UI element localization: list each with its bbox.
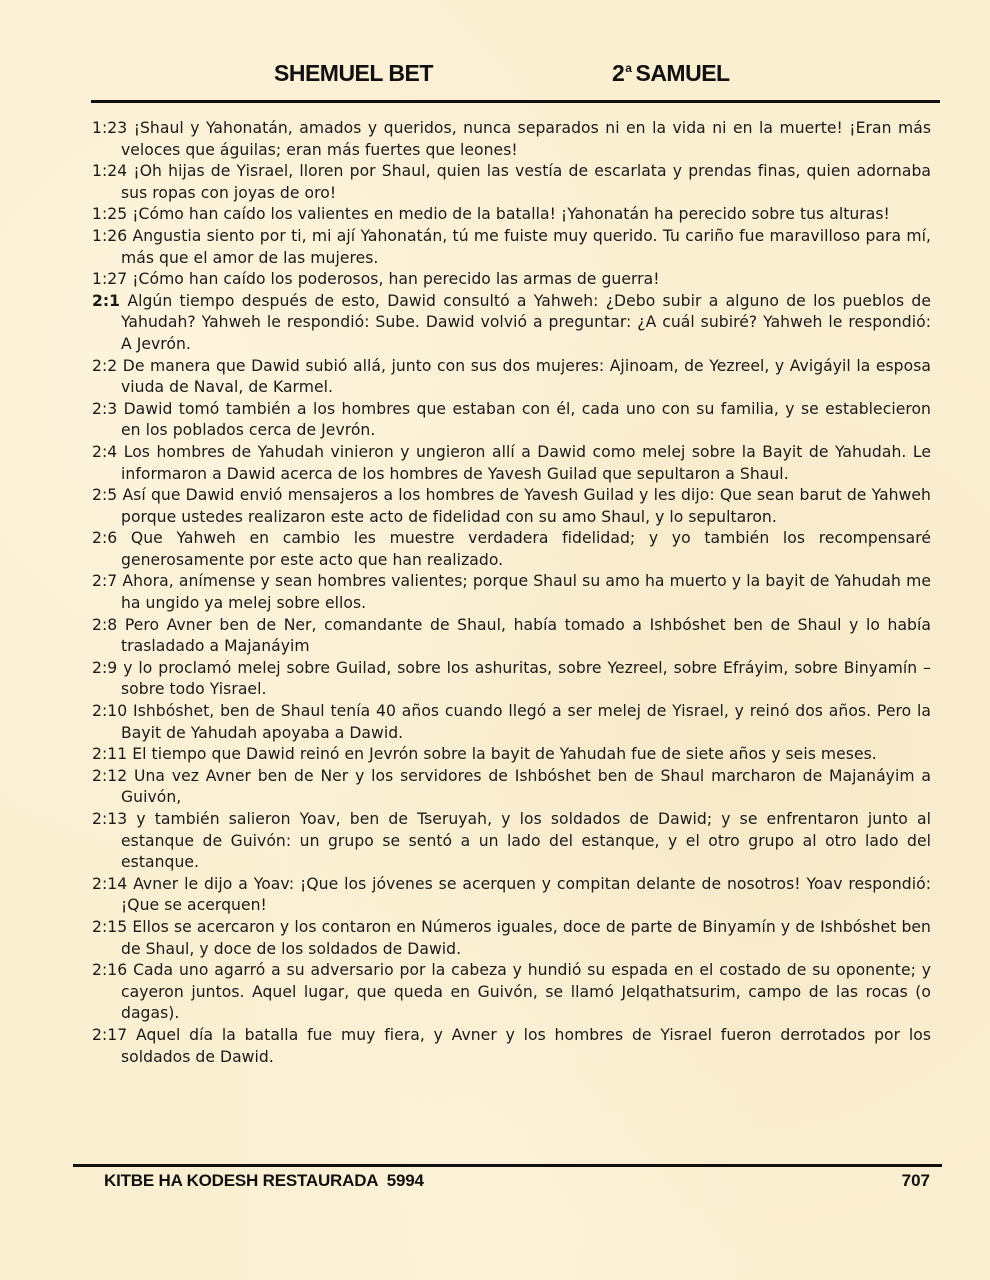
verse-text: ¡Cómo han caído los poderosos, han perec… [132,270,659,288]
page-footer: KITBE HA KODESH RESTAURADA 5994 707 [0,1170,990,1196]
verse-ref: 2:15 [92,918,127,936]
verse-ref: 2:13 [92,810,127,828]
verse-text: Algún tiempo después de esto, Dawid cons… [121,292,931,353]
verse: 2:14 Avner le dijo a Yoav: ¡Que los jóve… [92,874,931,917]
ordinal-superscript: a [625,61,631,75]
verse-text: y también salieron Yoav, ben de Tseruyah… [121,810,931,871]
verse: 2:5 Así que Dawid envió mensajeros a los… [92,485,931,528]
verse: 2:7 Ahora, anímense y sean hombres valie… [92,571,931,614]
verse-ref: 2:7 [92,572,117,590]
book-name: SAMUEL [635,60,729,86]
verse-ref: 1:23 [92,119,127,137]
verse-ref: 2:16 [92,961,127,979]
footer-divider [73,1164,942,1167]
verse-ref: 2:3 [92,400,117,418]
chapter-start-verse: 2:1 Algún tiempo después de esto, Dawid … [92,291,931,356]
verse-text: Una vez Avner ben de Ner y los servidore… [121,767,931,807]
verse-ref: 2:1 [92,292,120,310]
verse: 1:24 ¡Oh hijas de Yisrael, lloren por Sh… [92,161,931,204]
verse: 2:15 Ellos se acercaron y los contaron e… [92,917,931,960]
verse-ref: 2:14 [92,875,127,893]
verse-text: Así que Dawid envió mensajeros a los hom… [121,486,931,526]
verse: 2:13 y también salieron Yoav, ben de Tse… [92,809,931,874]
verse-text: ¡Shaul y Yahonatán, amados y queridos, n… [121,119,931,159]
verse-ref: 1:24 [92,162,127,180]
verse-ref: 1:27 [92,270,127,288]
book-title-spanish: 2aSAMUEL [612,60,730,87]
verse-ref: 2:8 [92,616,117,634]
verse-text: Dawid tomó también a los hombres que est… [121,400,931,440]
verse: 2:16 Cada uno agarró a su adversario por… [92,960,931,1025]
header-divider [91,100,940,103]
verse-ref: 2:12 [92,767,127,785]
verse-ref: 2:5 [92,486,117,504]
verse-text: El tiempo que Dawid reinó en Jevrón sobr… [132,745,877,763]
verse: 1:27 ¡Cómo han caído los poderosos, han … [92,269,931,291]
verse: 1:25 ¡Cómo han caído los valientes en me… [92,204,931,226]
verse-text: Ishbóshet, ben de Shaul tenía 40 años cu… [121,702,931,742]
verse: 2:4 Los hombres de Yahudah vinieron y un… [92,442,931,485]
verse: 2:17 Aquel día la batalla fue muy fiera,… [92,1025,931,1068]
verse-ref: 2:9 [92,659,117,677]
book-number: 2 [612,60,624,86]
verse-text: Que Yahweh en cambio les muestre verdade… [121,529,931,569]
verse-text: Angustia siento por ti, mi ají Yahonatán… [121,227,931,267]
verse-text: Aquel día la batalla fue muy fiera, y Av… [121,1026,931,1066]
edition-title: KITBE HA KODESH RESTAURADA 5994 [104,1171,424,1191]
verse: 1:26 Angustia siento por ti, mi ají Yaho… [92,226,931,269]
book-title-hebrew: SHEMUEL BET [274,60,433,87]
verse-ref: 2:6 [92,529,117,547]
verse-ref: 1:25 [92,205,127,223]
verse-text: Avner le dijo a Yoav: ¡Que los jóvenes s… [121,875,931,915]
verse-ref: 2:4 [92,443,117,461]
verse: 1:23 ¡Shaul y Yahonatán, amados y querid… [92,118,931,161]
verse-ref: 2:10 [92,702,127,720]
verse-ref: 1:26 [92,227,127,245]
verse-text: ¡Cómo han caído los valientes en medio d… [132,205,890,223]
verse: 2:9 y lo proclamó melej sobre Guilad, so… [92,658,931,701]
verse-text: y lo proclamó melej sobre Guilad, sobre … [121,659,931,699]
verse-ref: 2:11 [92,745,127,763]
scripture-text: 1:23 ¡Shaul y Yahonatán, amados y querid… [92,118,931,1068]
verse: 2:10 Ishbóshet, ben de Shaul tenía 40 añ… [92,701,931,744]
verse-text: ¡Oh hijas de Yisrael, lloren por Shaul, … [121,162,931,202]
verse: 2:12 Una vez Avner ben de Ner y los serv… [92,766,931,809]
verse-ref: 2:2 [92,357,117,375]
verse-text: Los hombres de Yahudah vinieron y ungier… [121,443,931,483]
verse: 2:11 El tiempo que Dawid reinó en Jevrón… [92,744,931,766]
verse: 2:6 Que Yahweh en cambio les muestre ver… [92,528,931,571]
verse: 2:3 Dawid tomó también a los hombres que… [92,399,931,442]
verse-text: Cada uno agarró a su adversario por la c… [121,961,931,1022]
page-number: 707 [902,1171,930,1191]
verse: 2:2 De manera que Dawid subió allá, junt… [92,356,931,399]
verse-ref: 2:17 [92,1026,127,1044]
verse-text: De manera que Dawid subió allá, junto co… [121,357,931,397]
page-header: SHEMUEL BET 2aSAMUEL [0,56,990,96]
verse-text: Ahora, anímense y sean hombres valientes… [121,572,931,612]
verse: 2:8 Pero Avner ben de Ner, comandante de… [92,615,931,658]
verse-text: Pero Avner ben de Ner, comandante de Sha… [121,616,931,656]
verse-text: Ellos se acercaron y los contaron en Núm… [121,918,931,958]
